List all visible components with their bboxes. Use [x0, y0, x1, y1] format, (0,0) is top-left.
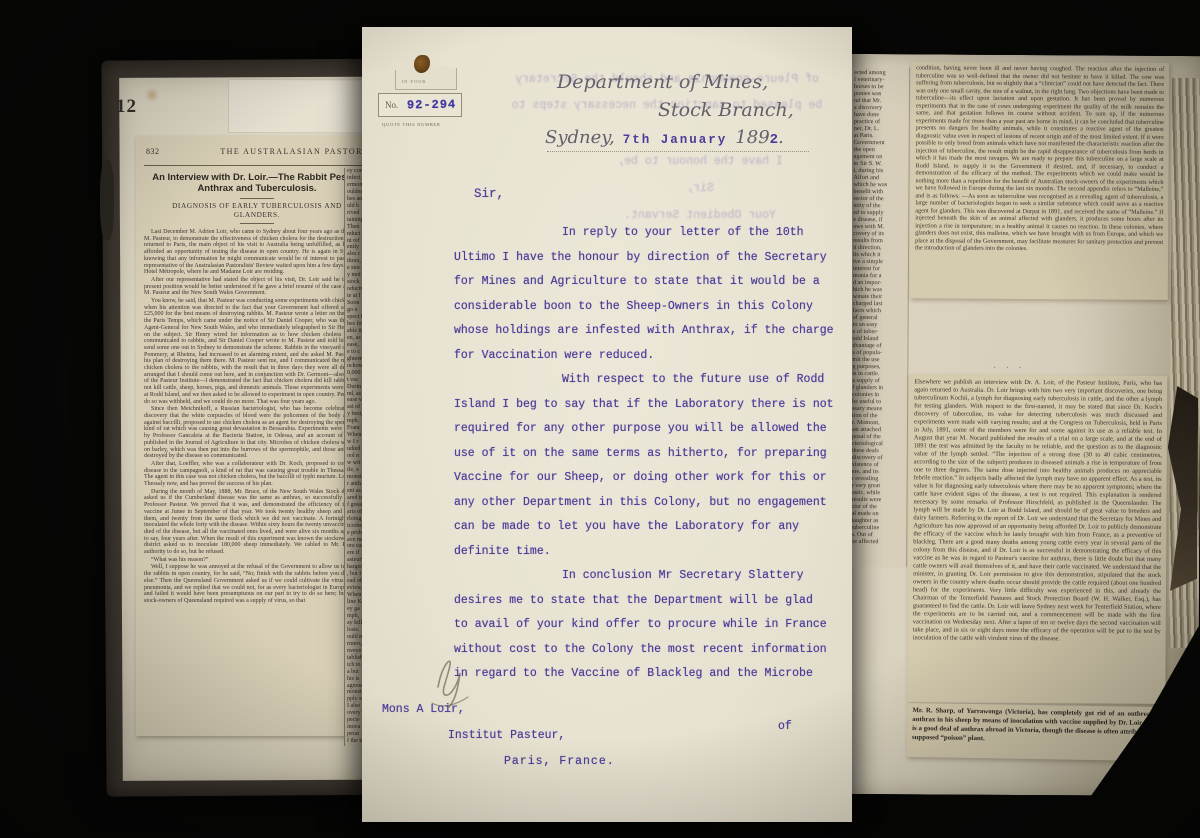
letter-line: In reply to your letter of the 10th: [454, 221, 850, 246]
address-line-3: Paris, France.: [504, 755, 615, 768]
letter-line: Ultimo I have the honour by direction of…: [454, 246, 850, 271]
clipping-paragraph: “What was his reason?”: [144, 557, 370, 564]
clipping-paragraph: Since then Metchnikoff, a Russian bacter…: [144, 406, 370, 460]
clipping-subhead: DIAGNOSIS OF EARLY TUBERCULOSIS AND GLAN…: [150, 202, 364, 219]
album-photo: 12 832 THE AUSTRALASIAN PASTORA An Inter…: [0, 0, 1200, 838]
address-line-1: Mons A Loir,: [382, 703, 465, 716]
clipping-paragraph: After that, Loeffler, who was a collabor…: [144, 461, 370, 488]
letterhead-year-printed: 189: [735, 127, 769, 148]
letterhead-rule: [547, 151, 809, 152]
letterhead-date: 7th January: [615, 133, 736, 147]
clipping-paragraph: Last December M. Adrien Loir, who came t…: [144, 229, 370, 276]
letter-line: In conclusion Mr Secretary Slattery: [454, 564, 850, 589]
right-clipping-middle-text: Elsewhere we publish an interview with D…: [913, 378, 1163, 644]
catchword: of: [778, 720, 792, 733]
column-fragment: be affected: [851, 538, 905, 545]
letter-line: whose holdings are infested with Anthrax…: [454, 319, 850, 344]
clipping-paragraph: You know, he said, that M. Pasteur was c…: [144, 298, 370, 405]
clipping-running-head: 832 THE AUSTRALASIAN PASTORA: [144, 142, 370, 166]
board-frayed-edge: [100, 160, 114, 240]
letterhead-year-written: 2: [770, 132, 778, 148]
letter-line: definite time.: [454, 540, 850, 565]
clipping-paragraph: After our representative had stated the …: [144, 277, 370, 297]
letter-sheet: of Pleuro-pneumonia and should the Secre…: [362, 27, 852, 822]
salutation: Sir,: [474, 187, 504, 201]
letter-line: required for any other purpose you will …: [454, 417, 850, 442]
registration-number-box: No. 92-294: [378, 93, 462, 117]
letter-line: for Mines and Agriculture to state that …: [454, 270, 850, 295]
clipping-headline: An Interview with Dr. Loir.—The Rabbit P…: [146, 172, 368, 194]
right-clipping-top: condition, having never been ill and nev…: [910, 61, 1169, 300]
stamp-caption: QUOTE THIS NUMBER.: [382, 122, 442, 127]
clipping-masthead: THE AUSTRALASIAN PASTORA: [220, 147, 370, 156]
letter-line: to avail of your kind offer to procure w…: [454, 613, 850, 638]
stamp-no-label: No.: [385, 100, 398, 110]
letter-line: Island I beg to say that if the Laborato…: [454, 393, 850, 418]
clipping-paragraph: During the month of May, 1888, Mr. Bruce…: [144, 489, 370, 556]
letter-line: can be made to let you have the Laborato…: [454, 515, 850, 540]
album-page-number: 12: [116, 96, 156, 120]
right-clipping-column-sliver: ected amongl veterinary-horses to beponi…: [847, 67, 910, 567]
clipping-paragraph: Well, I suppose he was annoyed at the re…: [144, 564, 370, 604]
letter-line: With respect to the future use of Rodd: [454, 368, 850, 393]
stamp-torn-label-text: IN YOUR: [402, 79, 426, 84]
letter-line: any other Department in this Colony, but…: [454, 491, 850, 516]
letter-line: considerable boon to the Sheep-Owners in…: [454, 295, 850, 320]
clipping-page-number: 832: [146, 147, 160, 156]
letterhead-dateline: Sydney,7th January1892.: [545, 127, 784, 148]
stamp-number: 92-294: [407, 98, 456, 113]
left-newspaper-clipping: 832 THE AUSTRALASIAN PASTORA An Intervie…: [136, 136, 378, 736]
right-clipping-bottom-text: Mr. R. Sharp, of Yarrawonga (Victoria), …: [912, 706, 1163, 746]
letterhead-place: Sydney,: [545, 127, 615, 148]
letter-line: without cost to the Colony the most rece…: [454, 638, 850, 663]
ghost-line: I have the honour to be,: [570, 155, 830, 168]
handwritten-flourish-icon: [430, 653, 470, 709]
letter-line: in regard to the Vaccine of Blackleg and…: [454, 662, 850, 687]
letterhead-department: Department of Mines,: [557, 71, 768, 93]
letterhead-branch: Stock Branch,: [658, 99, 794, 121]
letter-line: Vaccine for our Sheep, or doing other wo…: [454, 466, 850, 491]
right-clipping-middle: Elsewhere we publish an interview with D…: [907, 374, 1167, 704]
letter-line: use of it on the same terms as hitherto,…: [454, 442, 850, 467]
subhead-rule: [240, 223, 274, 224]
right-album-page: ected amongl veterinary-horses to beponi…: [843, 54, 1200, 796]
letter-body: In reply to your letter of the 10thUltim…: [454, 221, 850, 687]
ghost-line: Sir,: [570, 182, 830, 195]
address-line-2: Institut Pasteur,: [448, 729, 565, 742]
letterhead-period: .: [778, 127, 784, 148]
clipping-separator-dots: · · ·: [993, 363, 1025, 372]
clipping-column-1: Last December M. Adrien Loir, who came t…: [144, 229, 370, 605]
letter-line: desires me to state that the Department …: [454, 589, 850, 614]
right-clipping-bottom: Mr. R. Sharp, of Yarrawonga (Victoria), …: [907, 703, 1168, 761]
right-clipping-top-text: condition, having never been ill and nev…: [915, 64, 1164, 253]
letter-line: for Vaccination were reduced.: [454, 344, 850, 369]
headline-rule: [240, 198, 274, 199]
